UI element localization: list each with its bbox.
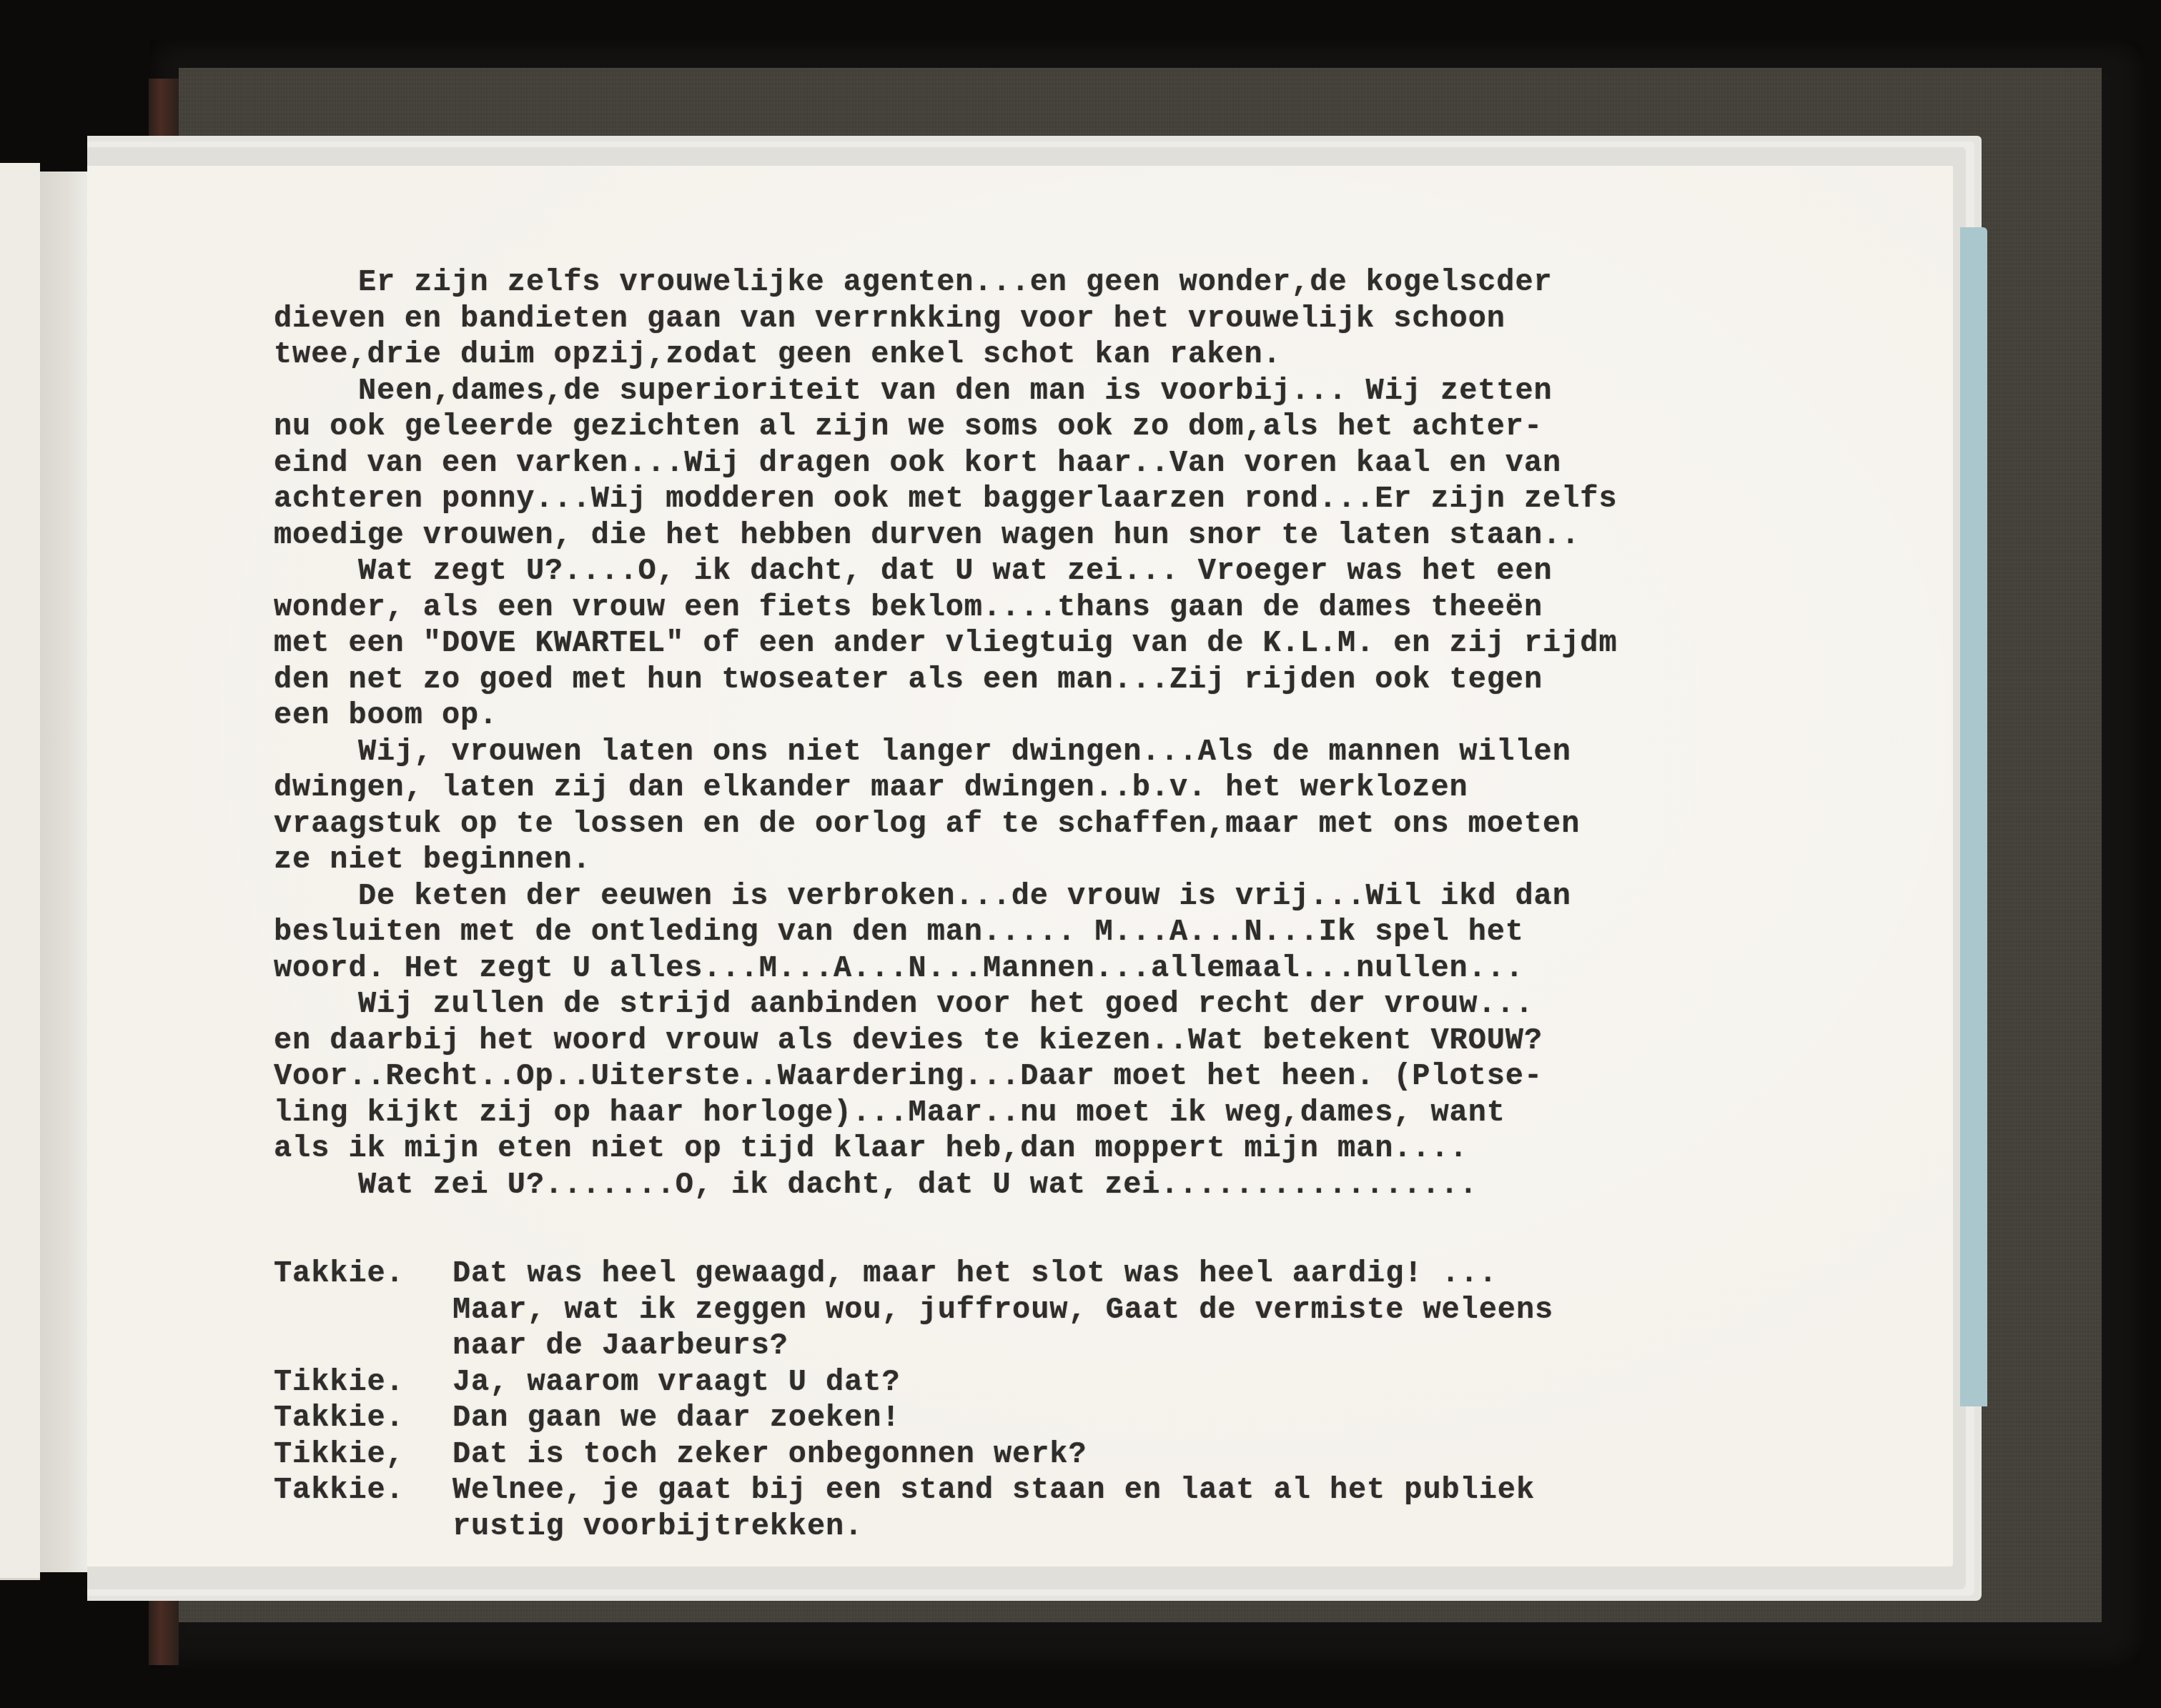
paragraph: Neen,dames,de superioriteit van den man … [274, 373, 1918, 554]
text-line: wonder, als een vrouw een fiets beklom..… [274, 590, 1918, 626]
paragraph: Wij, vrouwen laten ons niet langer dwing… [274, 734, 1918, 878]
text-line: nu ook geleerde gezichten al zijn we som… [274, 409, 1918, 445]
dialogue-line: Tikkie,Dat is toch zeker onbegonnen werk… [274, 1436, 1918, 1473]
section-gap [274, 1203, 1918, 1256]
text-line: Neen,dames,de superioriteit van den man … [274, 373, 1918, 409]
dialogue: Takkie.Dat was heel gewaagd, maar het sl… [274, 1256, 1918, 1544]
utterance-continuation: Maar, wat ik zeggen wou, juffrouw, Gaat … [274, 1292, 1918, 1329]
text-line: Voor..Recht..Op..Uiterste..Waardering...… [274, 1058, 1918, 1095]
page-text: Er zijn zelfs vrouwelijke agenten...en g… [274, 264, 1918, 1544]
paragraph: Wat zei U?.......O, ik dacht, dat U wat … [274, 1167, 1918, 1203]
text-line: ze niet beginnen. [274, 842, 1918, 878]
dialogue-line: Tikkie.Ja, waarom vraagt U dat? [274, 1364, 1918, 1401]
speaker-name: Tikkie, [274, 1436, 453, 1473]
text-line: Wij, vrouwen laten ons niet langer dwing… [274, 734, 1918, 770]
utterance-continuation: naar de Jaarbeurs? [274, 1328, 1918, 1364]
text-line: woord. Het zegt U alles...M...A...N...Ma… [274, 950, 1918, 987]
monologue: Er zijn zelfs vrouwelijke agenten...en g… [274, 264, 1918, 1203]
paragraph: Wat zegt U?....O, ik dacht, dat U wat ze… [274, 553, 1918, 734]
left-page-edge [0, 163, 40, 1580]
utterance: Ja, waarom vraagt U dat? [453, 1364, 1918, 1401]
utterance: Dat is toch zeker onbegonnen werk? [453, 1436, 1918, 1473]
speaker-name: Takkie. [274, 1256, 453, 1292]
text-line: twee,drie duim opzij,zodat geen enkel sc… [274, 337, 1918, 373]
dialogue-line: Takkie.Welnee, je gaat bij een stand sta… [274, 1472, 1918, 1509]
utterance: Welnee, je gaat bij een stand staan en l… [453, 1472, 1918, 1509]
book-photo: Er zijn zelfs vrouwelijke agenten...en g… [0, 0, 2161, 1708]
page-gutter [40, 172, 87, 1572]
text-line: Wat zegt U?....O, ik dacht, dat U wat ze… [274, 553, 1918, 590]
dialogue-line: Takkie.Dan gaan we daar zoeken! [274, 1400, 1918, 1436]
text-line: dwingen, laten zij dan elkander maar dwi… [274, 770, 1918, 806]
speaker-name: Takkie. [274, 1472, 453, 1509]
text-line: De keten der eeuwen is verbroken...de vr… [274, 878, 1918, 915]
utterance: Dat was heel gewaagd, maar het slot was … [453, 1256, 1918, 1292]
utterance-continuation: rustig voorbijtrekken. [274, 1509, 1918, 1545]
text-line: besluiten met de ontleding van den man..… [274, 914, 1918, 950]
text-line: Wat zei U?.......O, ik dacht, dat U wat … [274, 1167, 1918, 1203]
utterance: Dan gaan we daar zoeken! [453, 1400, 1918, 1436]
speaker-name: Tikkie. [274, 1364, 453, 1401]
text-line: dieven en bandieten gaan van verrnkking … [274, 301, 1918, 337]
text-line: met een "DOVE KWARTEL" of een ander vlie… [274, 625, 1918, 662]
paragraph: Wij zullen de strijd aanbinden voor het … [274, 986, 1918, 1167]
dialogue-line: Takkie.Dat was heel gewaagd, maar het sl… [274, 1256, 1918, 1292]
paragraph: De keten der eeuwen is verbroken...de vr… [274, 878, 1918, 987]
text-line: den net zo goed met hun twoseater als ee… [274, 662, 1918, 698]
text-line: vraagstuk op te lossen en de oorlog af t… [274, 806, 1918, 843]
text-line: en daarbij het woord vrouw als devies te… [274, 1023, 1918, 1059]
text-line: Wij zullen de strijd aanbinden voor het … [274, 986, 1918, 1023]
blue-tab-insert [1960, 227, 1987, 1406]
text-line: een boom op. [274, 697, 1918, 734]
paragraph: Er zijn zelfs vrouwelijke agenten...en g… [274, 264, 1918, 373]
text-line: achteren ponny...Wij modderen ook met ba… [274, 481, 1918, 517]
speaker-name: Takkie. [274, 1400, 453, 1436]
text-line: als ik mijn eten niet op tijd klaar heb,… [274, 1131, 1918, 1167]
text-line: ling kijkt zij op haar horloge)...Maar..… [274, 1095, 1918, 1131]
text-line: moedige vrouwen, die het hebben durven w… [274, 517, 1918, 554]
text-line: eind van een varken...Wij dragen ook kor… [274, 445, 1918, 482]
text-line: Er zijn zelfs vrouwelijke agenten...en g… [274, 264, 1918, 301]
